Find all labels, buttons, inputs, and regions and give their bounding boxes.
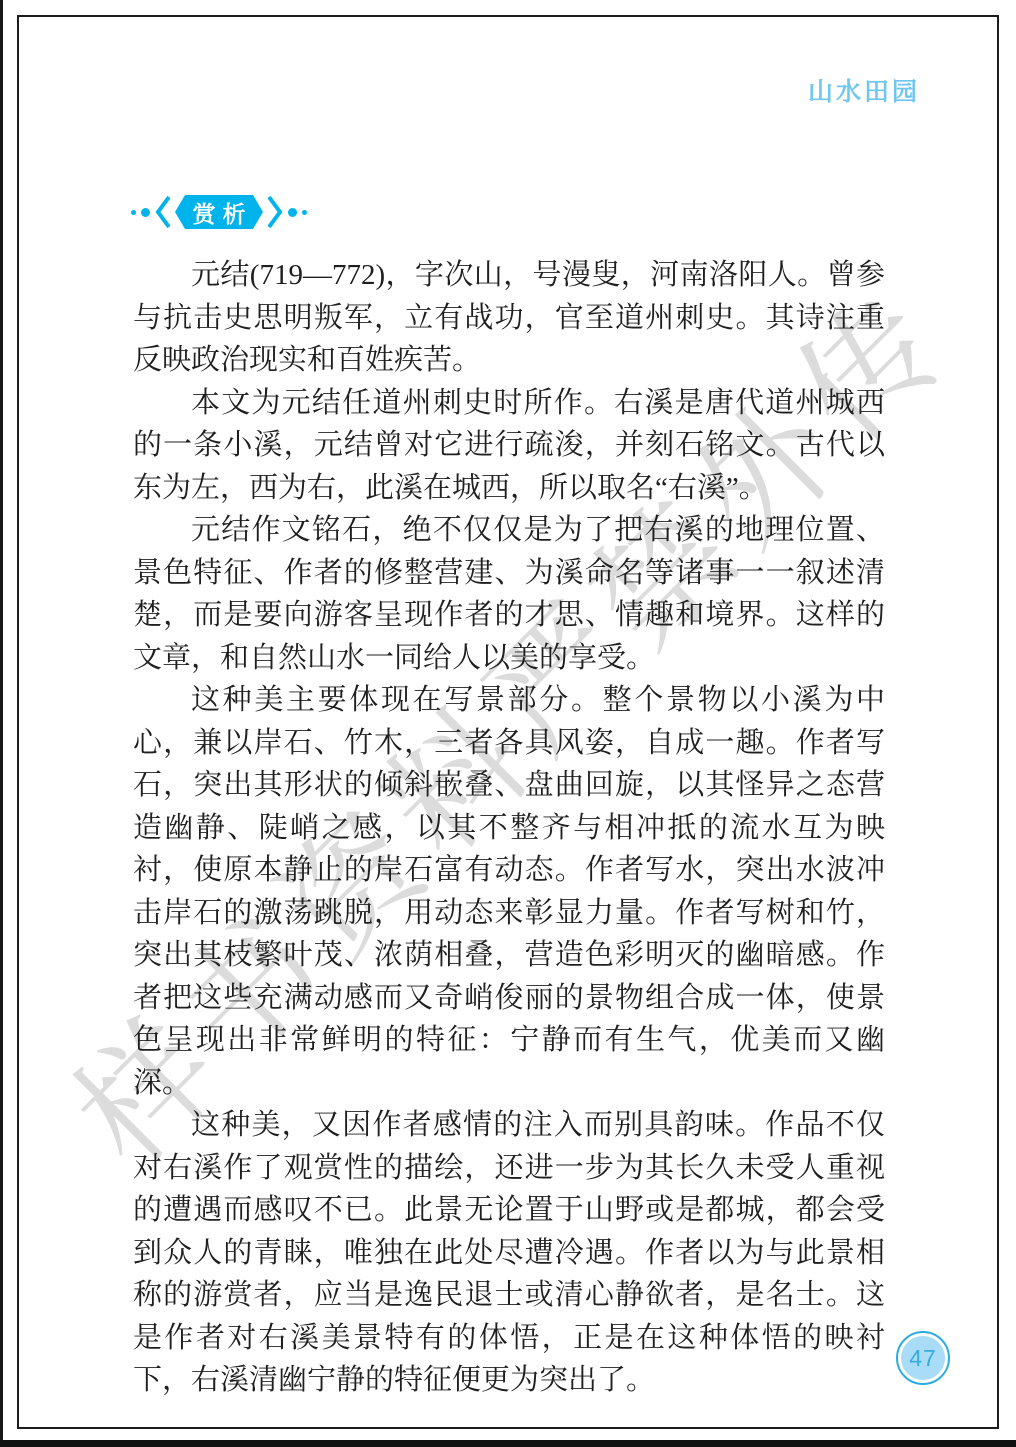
badge-hexagon: 赏析 (175, 195, 263, 229)
book-page: 山水田园 样书资料严禁外传 赏析 元结(719—772)，字次山，号漫叟，河南洛… (0, 0, 1016, 1447)
appreciation-badge: 赏析 (131, 195, 307, 229)
paragraph: 这种美，又因作者感情的注入而别具韵味。作品不仅对右溪作了观赏性的描绘，还进一步为… (133, 1104, 885, 1402)
body-text: 元结(719—772)，字次山，号漫叟，河南洛阳人。曾参与抗击史思明叛军，立有战… (133, 254, 885, 1402)
scan-bottom-edge (0, 1440, 1016, 1447)
paragraph: 本文为元结任道州刺史时所作。右溪是唐代道州城西的一条小溪，元结曾对它进行疏浚，并… (133, 382, 885, 510)
paragraph: 这种美主要体现在写景部分。整个景物以小溪为中心，兼以岸石、竹木，三者各具风姿，自… (133, 679, 885, 1104)
paragraph: 元结(719—772)，字次山，号漫叟，河南洛阳人。曾参与抗击史思明叛军，立有战… (133, 254, 885, 382)
page-number: 47 (909, 1345, 937, 1372)
running-head: 山水田园 (808, 72, 920, 108)
scan-left-edge (0, 0, 3, 1447)
badge-dot-icon (141, 208, 150, 217)
paragraph: 元结作文铭石，绝不仅仅是为了把右溪的地理位置、景色特征、作者的修整营建、为溪命名… (133, 509, 885, 679)
chevron-left-icon (155, 195, 170, 229)
page-number-circle-fill: 47 (901, 1336, 945, 1380)
page-number-circle: 47 (896, 1331, 950, 1385)
badge-label: 赏析 (193, 196, 253, 229)
chevron-right-icon (268, 195, 283, 229)
badge-dot-icon (131, 210, 136, 215)
badge-dot-icon (302, 210, 307, 215)
badge-dot-icon (288, 208, 297, 217)
